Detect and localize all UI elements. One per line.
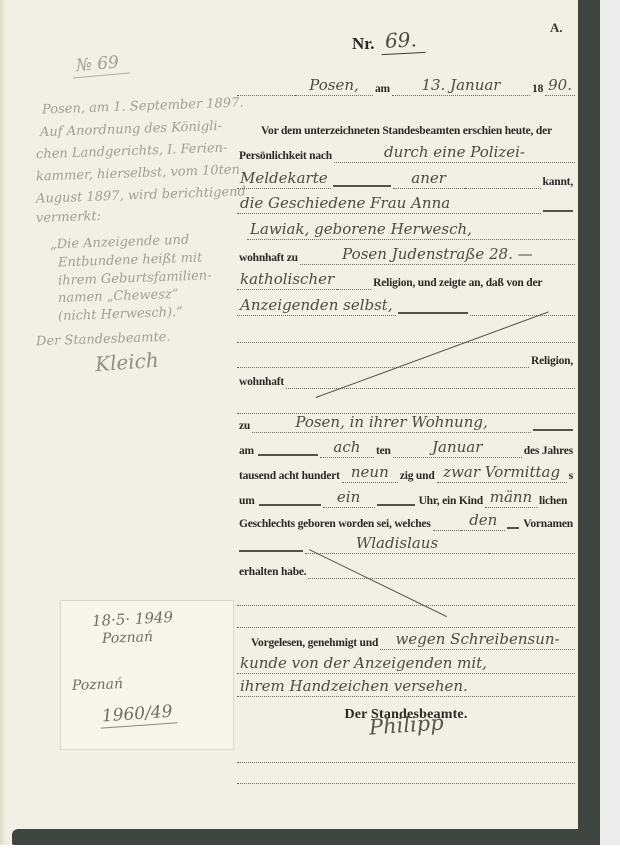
dotted-rule (237, 341, 575, 343)
scan-background-right (600, 0, 620, 845)
form-line: katholischerReligion, und zeigte an, daß… (237, 268, 575, 290)
dash-stroke (259, 502, 321, 506)
dash-stroke (333, 183, 391, 187)
handwritten-entry: Posen Judenstraße 28. — (300, 247, 575, 265)
printed-text: am (237, 445, 256, 458)
margin-note-line: „Die Anzeigende und (50, 234, 190, 252)
handwritten-entry: Januar (393, 440, 522, 458)
handwritten-entry: durch eine Polizei- (334, 145, 575, 163)
margin-note-line: chen Landgerichts, I. Ferien- (36, 142, 228, 162)
margin-note-line: (nicht Herwesch).“ (58, 306, 183, 323)
printed-text: tausend acht hundert (237, 470, 342, 483)
dash-stroke (239, 548, 303, 552)
dash-stroke (543, 208, 573, 212)
margin-note-line: August 1897, wird berichtigend (36, 185, 246, 205)
dotted-rule (489, 552, 575, 554)
form-line: Lawiak, geborene Herwesch, (237, 218, 575, 240)
printed-text: um (237, 495, 257, 508)
handwritten-entry: Meldekarte (237, 171, 331, 189)
handwritten-entry: Lawiak, geborene Herwesch, (247, 222, 575, 240)
form-line (237, 762, 575, 784)
form-line: umeinUhr, ein Kindmännlichen (237, 486, 575, 508)
printed-text: lichen (537, 495, 569, 508)
handwritten-entry: aner (393, 171, 465, 189)
margin-note-line: Auf Anordnung des Königli- (40, 120, 222, 139)
form-line: erhalten habe. (237, 557, 575, 579)
printed-text: Vornamen (521, 518, 575, 531)
printed-text: 18 (530, 83, 545, 96)
form-line: wohnhaft zuPosen Judenstraße 28. — (237, 243, 575, 265)
handwritten-entry: katholischer (237, 272, 337, 290)
form-line: kunde von der Anzeigenden mit, (237, 652, 575, 674)
form-line: Meldekarteanerkannt, (237, 167, 575, 189)
handwritten-entry: ihrem Handzeichen versehen. (237, 679, 575, 697)
form-line (237, 606, 575, 628)
printed-text: des Jahres (522, 445, 575, 458)
book-spine-shadow-right (578, 0, 600, 845)
form-line: amachtenJanuardes Jahres (237, 436, 575, 458)
form-line (237, 584, 575, 606)
dotted-rule (286, 387, 575, 389)
registrar-signature: Philipp (368, 712, 444, 740)
margin-note-line: namen „Chewesz“ (58, 288, 179, 305)
handwritten-entry: neun (342, 465, 398, 483)
printed-text: am (373, 83, 392, 96)
margin-note-line: kammer, hierselbst, vom 10ten (36, 163, 240, 183)
form-line: Persönlichkeit nachdurch eine Polizei- (237, 141, 575, 163)
form-line: Anzeigenden selbst, (237, 294, 575, 316)
corner-mark: A. (550, 20, 563, 36)
form-line: ihrem Handzeichen versehen. (237, 675, 575, 697)
archival-note-line: 18·5· 1949 (92, 610, 174, 629)
margin-note-line: ihrem Geburtsfamilien- (58, 269, 212, 287)
printed-text: wohnhaft zu (237, 252, 300, 265)
handwritten-entry: den (461, 513, 505, 531)
handwritten-entry: Anzeigenden selbst, (237, 298, 396, 316)
margin-note-line: Der Standesbeamte. (36, 331, 171, 349)
record-number-line: Nr. 69. (352, 28, 424, 54)
form-line: die Geschiedene Frau Anna (237, 192, 575, 214)
dash-stroke (398, 310, 468, 314)
form-line: Geschlechts geboren worden sei, welchesd… (237, 509, 575, 531)
scanned-document-page: A. Nr. 69. № 69Posen, am 1. September 18… (0, 0, 620, 853)
book-edge-shadow-bottom (12, 829, 600, 845)
printed-text: Uhr, ein Kind (417, 495, 485, 508)
form-line: Wladislaus (237, 532, 575, 554)
printed-text: zig und (398, 470, 437, 483)
dash-stroke (507, 525, 519, 529)
handwritten-entry: 90. (545, 78, 575, 96)
form-line (237, 321, 575, 343)
handwritten-entry: 13. Januar (392, 78, 530, 96)
printed-text: wohnhaft (237, 376, 286, 389)
handwritten-entry: ach (320, 440, 374, 458)
form-line: tausend acht hundertneunzig undzwar Vorm… (237, 461, 575, 483)
form-line: Posen,am13. Januar1890. (237, 74, 575, 96)
form-line: Vorgelesen, genehmigt undwegen Schreiben… (237, 628, 575, 650)
margin-note-line: № 69 (71, 54, 130, 79)
form-line: Vor dem unterzeichneten Standesbeamten e… (237, 116, 575, 138)
handwritten-entry: ein (323, 490, 375, 508)
printed-text: erhalten habe. (237, 566, 308, 579)
handwritten-entry: die Geschiedene Frau Anna (237, 196, 541, 214)
printed-text: kannt, (541, 176, 575, 189)
handwritten-entry: Posen, in ihrer Wohnung, (252, 415, 531, 433)
printed-text: s (567, 470, 575, 483)
dotted-rule (470, 314, 575, 316)
handwritten-entry: zwar Vormittag (437, 465, 567, 483)
form-line (237, 741, 575, 763)
handwritten-entry: wegen Schreibensun- (380, 632, 575, 650)
dotted-rule (337, 288, 371, 290)
handwritten-entry: kunde von der Anzeigenden mit, (237, 656, 575, 674)
printed-text: Vorgelesen, genehmigt und (249, 637, 380, 650)
form-line: wohnhaft (237, 367, 575, 389)
margin-note-line: Entbundene heißt mit (58, 251, 203, 269)
printed-text: Vor dem unterzeichneten Standesbeamten e… (259, 125, 554, 138)
form-line: zuPosen, in ihrer Wohnung, (237, 411, 575, 433)
record-number-label: Nr. (352, 34, 381, 54)
dotted-rule (308, 577, 575, 579)
margin-note-line: vermerkt: (36, 210, 101, 225)
dash-stroke (533, 427, 573, 431)
printed-text: Persönlichkeit nach (237, 150, 334, 163)
record-number-value: 69. (380, 27, 425, 55)
archival-note-line: Poznań (102, 630, 154, 646)
printed-text: Geschlechts geboren worden sei, welches (237, 518, 433, 531)
dotted-rule (237, 94, 295, 96)
dotted-rule (237, 782, 575, 784)
margin-note-line: Kleich (94, 350, 159, 374)
form-line: Philipp (237, 716, 575, 738)
archival-note-line: Poznań (72, 677, 124, 693)
dotted-rule (465, 187, 541, 189)
handwritten-entry: männ (485, 490, 537, 508)
dash-stroke (258, 452, 318, 456)
dash-stroke (377, 502, 415, 506)
printed-text: ten (374, 445, 393, 458)
handwritten-entry: Wladislaus (305, 536, 489, 554)
printed-text: zu (237, 420, 252, 433)
dotted-rule (433, 529, 462, 531)
paper: A. Nr. 69. № 69Posen, am 1. September 18… (0, 0, 600, 845)
handwritten-entry: Posen, (295, 78, 373, 96)
margin-note-line: Posen, am 1. September 1897. (42, 96, 244, 116)
printed-text: Religion, und zeigte an, daß von der (371, 277, 544, 290)
